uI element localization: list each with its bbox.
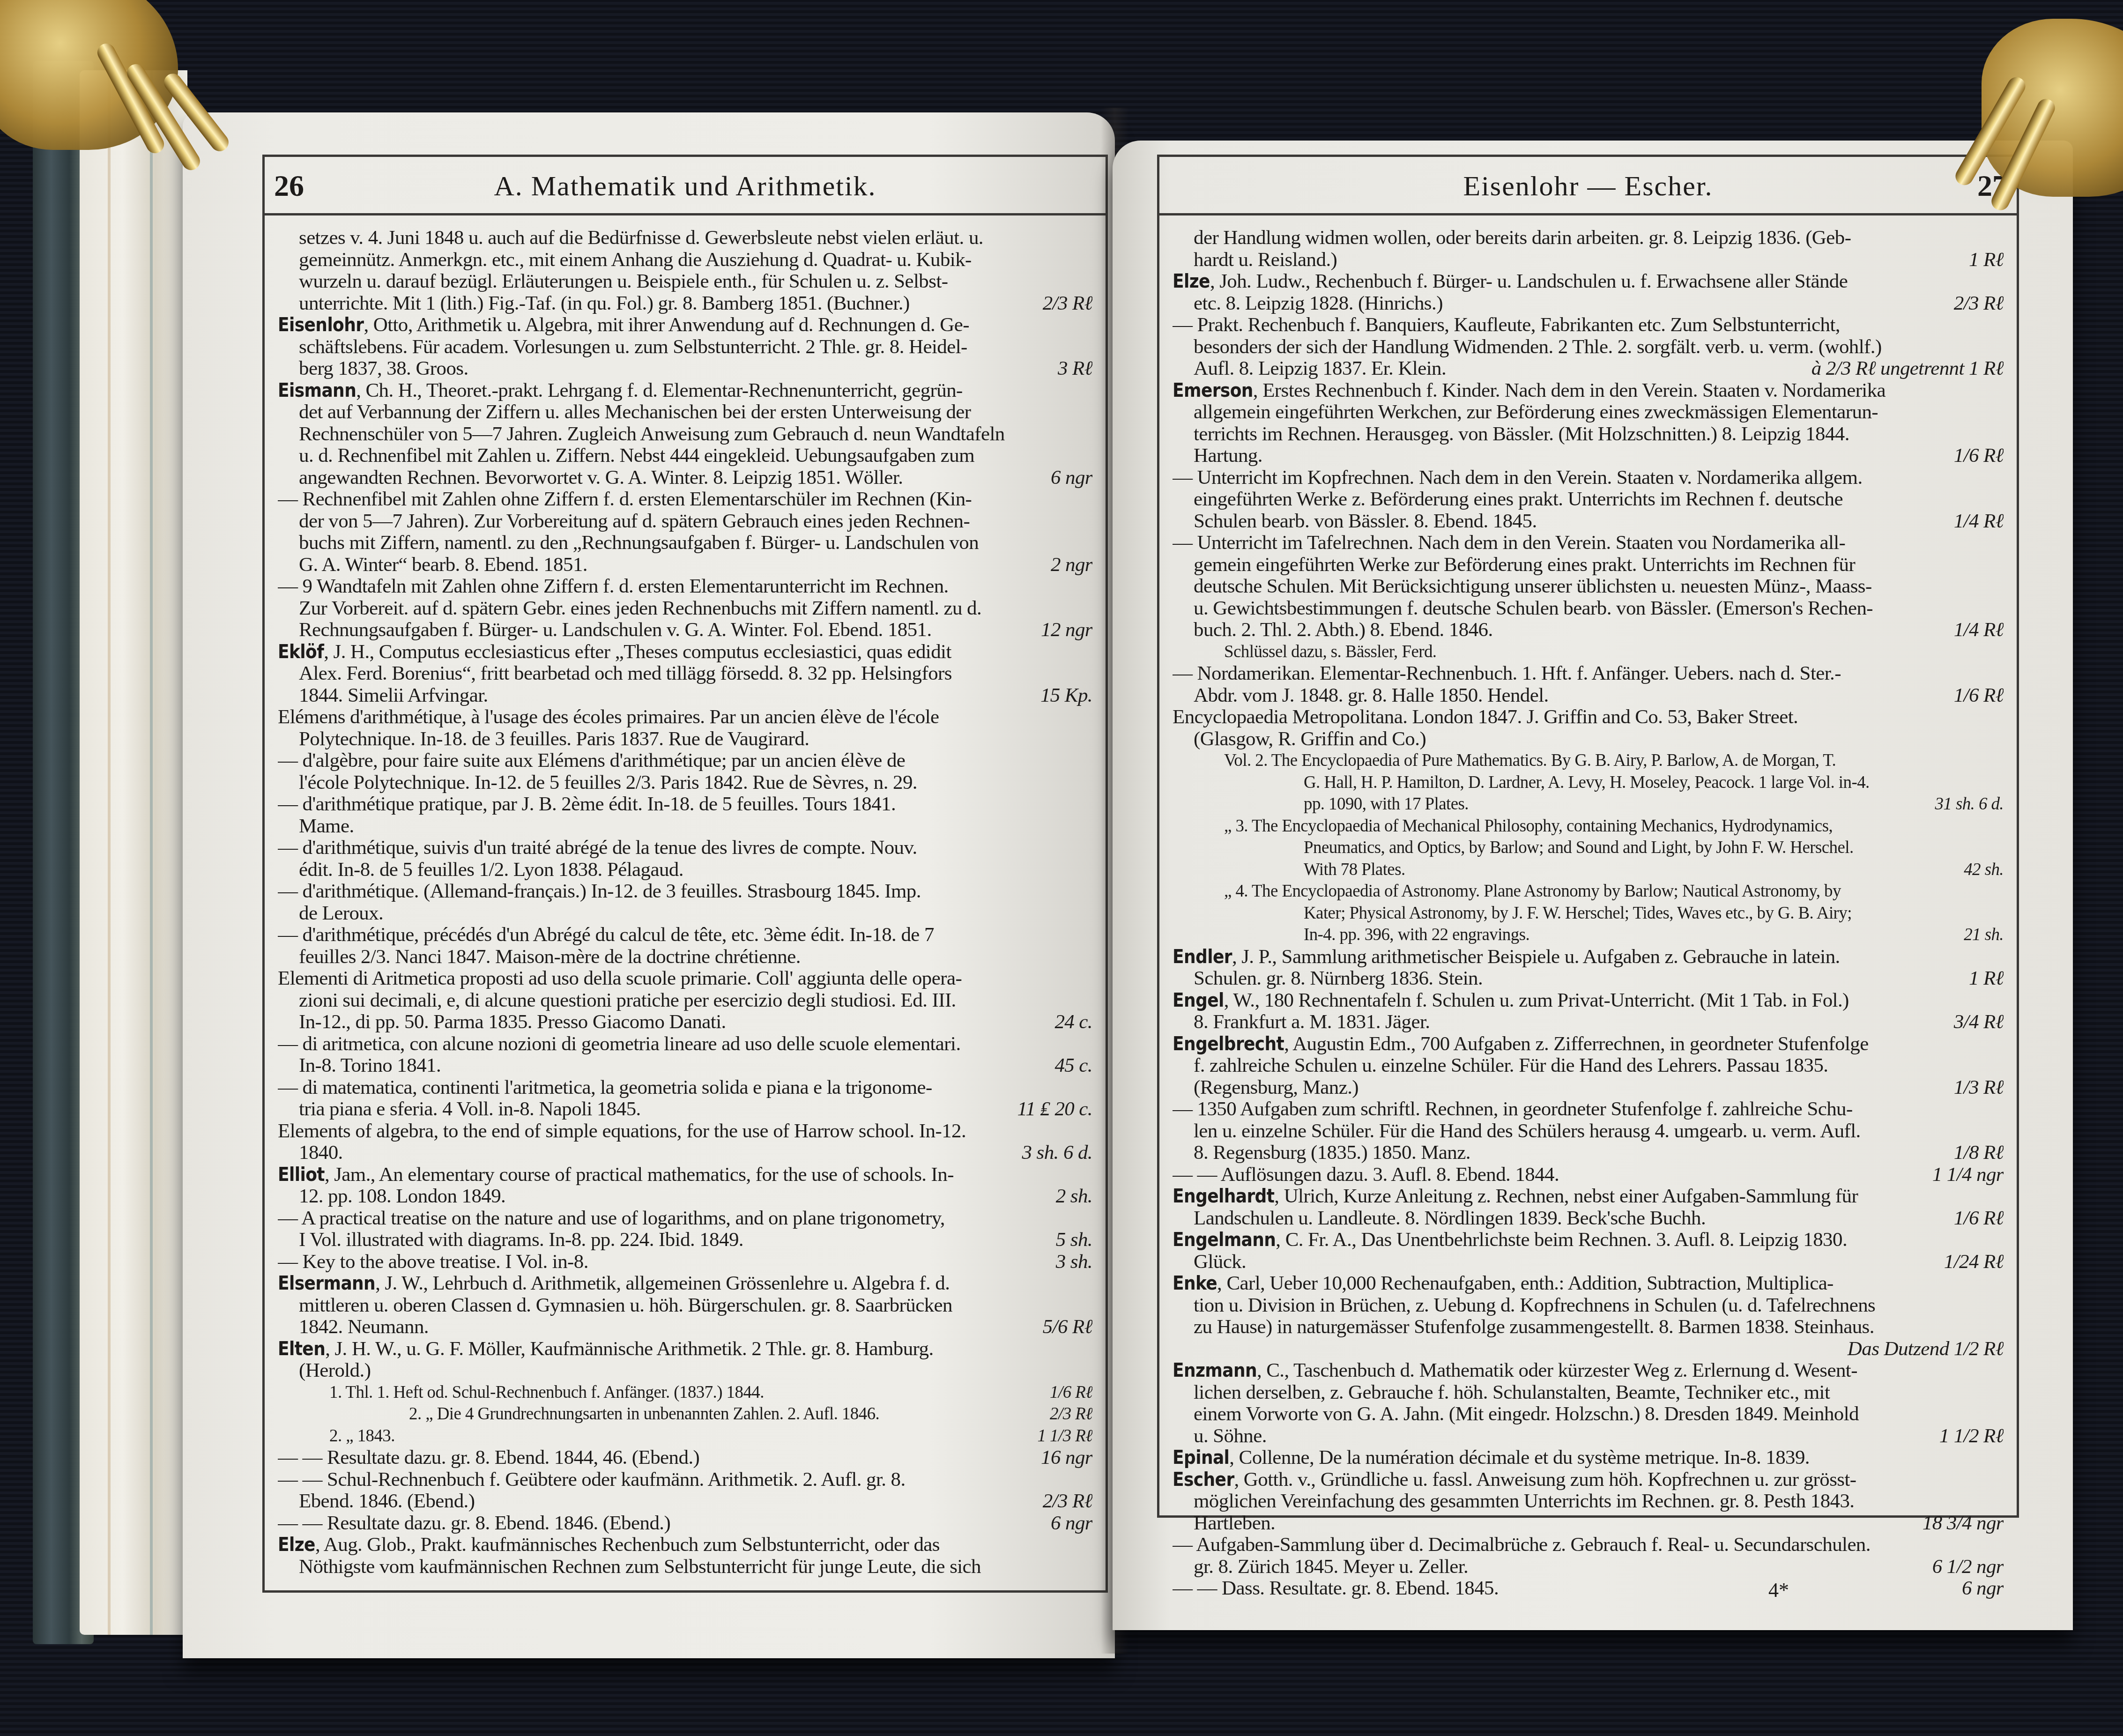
entry-text: — d'arithmétique, suivis d'un traité abr…: [278, 837, 917, 859]
entry-text: „ 4. The Encyclopaedia of Astronomy. Pla…: [1224, 881, 1841, 903]
entry-body-text: — — Schul-Rechnenbuch f. Geübtere oder k…: [278, 1469, 906, 1491]
price: 6 ngr: [1948, 1578, 2004, 1600]
entry-text: Eismann, Ch. H., Theoret.-prakt. Lehrgan…: [278, 380, 963, 402]
entry-text: möglichen Vereinfachung des gesammten Un…: [1194, 1491, 1855, 1513]
catalog-entry-line: — di aritmetica, con alcune nozioni di g…: [278, 1033, 1092, 1055]
entry-body-text: u. Söhne.: [1194, 1425, 1267, 1447]
catalog-entry-line: wurzeln u. darauf bezügl. Erläuterungen …: [278, 271, 1092, 293]
author-surname: Enke: [1173, 1273, 1217, 1294]
entry-text: — — Auflösungen dazu. 3. Aufl. 8. Ebend.…: [1173, 1164, 1559, 1186]
price: 1/6 Rℓ: [1940, 1208, 2004, 1230]
catalog-entry-line: Landschulen u. Landleute. 8. Nördlingen …: [1173, 1208, 2004, 1230]
entry-body-text: „ 4. The Encyclopaedia of Astronomy. Pla…: [1224, 882, 1841, 901]
price: Das Dutzend 1/2 Rℓ: [1833, 1338, 2004, 1360]
entry-text: Glück.: [1194, 1251, 1246, 1273]
catalog-entry-heading-line: Endler, J. P., Sammlung arithmetischer B…: [1173, 946, 2004, 968]
entry-body-text: In-12., di pp. 50. Parma 1835. Presso Gi…: [299, 1011, 726, 1033]
entry-text: 1840.: [299, 1142, 343, 1164]
entry-body-text: feuilles 2/3. Nanci 1847. Maison-mère de…: [299, 946, 801, 968]
entry-text: etc. 8. Leipzig 1828. (Hinrichs.): [1194, 293, 1443, 315]
entry-body-text: der von 5—7 Jahren). Zur Vorbereitung au…: [299, 511, 970, 532]
catalog-entry-heading-line: Elliot, Jam., An elementary course of pr…: [278, 1164, 1092, 1186]
price: 2/3 Rℓ: [1036, 1403, 1092, 1425]
catalog-entry-line: Elements of algebra, to the end of simpl…: [278, 1120, 1092, 1142]
entry-body-text: f. zahlreiche Schulen u. einzelne Schüle…: [1194, 1055, 1828, 1076]
right-page-body: der Handlung widmen wollen, oder bereits…: [1173, 227, 2004, 1600]
entry-body-text: Hartleben.: [1194, 1513, 1275, 1534]
entry-body-text: — d'arithmétique. (Allemand-français.) I…: [278, 881, 921, 902]
author-surname: Eklöf: [278, 641, 324, 663]
entry-body-text: G. A. Winter“ bearb. 8. Ebend. 1851.: [299, 554, 587, 576]
catalog-entry-heading-line: Enzmann, C., Taschenbuch d. Mathematik o…: [1173, 1360, 2004, 1382]
price: 3 sh.: [1042, 1251, 1092, 1273]
catalog-entry-line: G. Hall, H. P. Hamilton, D. Lardner, A. …: [1173, 772, 2004, 794]
entry-body-text: (Glasgow, R. Griffin and Co.): [1194, 728, 1426, 750]
catalog-entry-line: — — Resultate dazu. gr. 8. Ebend. 1846. …: [278, 1513, 1092, 1535]
entry-text: — — Resultate dazu. gr. 8. Ebend. 1844, …: [278, 1447, 699, 1469]
price: 1 1/3 Rℓ: [1024, 1425, 1093, 1447]
catalog-entry-line: Das Dutzend 1/2 Rℓ: [1173, 1338, 2004, 1360]
entry-text: Alex. Ferd. Borenius“, fritt bearbetad o…: [299, 663, 952, 685]
entry-body-text: — d'algèbre, pour faire suite aux Elémen…: [278, 750, 905, 772]
catalog-entry-line: u. Söhne.1 1/2 Rℓ: [1173, 1425, 2004, 1447]
catalog-entry-line: — A practical treatise on the nature and…: [278, 1208, 1092, 1230]
entry-text: (Glasgow, R. Griffin and Co.): [1194, 728, 1426, 750]
entry-body-text: mittleren u. oberen Classen d. Gymnasien…: [299, 1295, 952, 1316]
entry-text: de Leroux.: [299, 903, 383, 925]
catalog-entry-line: With 78 Plates.42 sh.: [1173, 859, 2004, 881]
entry-body-text: édit. In-8. de 5 feuilles 1/2. Lyon 1838…: [299, 859, 683, 881]
entry-body-text: angewandten Rechnen. Bevorwortet v. G. A…: [299, 467, 903, 489]
entry-text: allgemein eingeführten Werkchen, zur Bef…: [1194, 401, 1878, 423]
entry-text: Ebend. 1846. (Ebend.): [299, 1491, 475, 1513]
entry-text: — Aufgaben-Sammlung über d. Decimalbrüch…: [1173, 1534, 1871, 1556]
catalog-entry-line: Vol. 2. The Encyclopaedia of Pure Mathem…: [1173, 750, 2004, 772]
running-head-title: A. Mathematik und Arithmetik.: [265, 170, 1106, 202]
entry-text: berg 1837, 38. Groos.: [299, 358, 468, 380]
entry-text: Vol. 2. The Encyclopaedia of Pure Mathem…: [1224, 750, 1836, 772]
entry-body-text: , J. H., Computus ecclesiasticus efter „…: [324, 641, 951, 663]
entry-body-text: Encyclopaedia Metropolitana. London 1847…: [1173, 706, 1798, 728]
entry-body-text: , W., 180 Rechnentafeln f. Schulen u. zu…: [1224, 990, 1849, 1011]
entry-text: schäftslebens. Für academ. Vorlesungen u…: [299, 336, 967, 358]
entry-body-text: l'école Polytechnique. In-12. de 5 feuil…: [299, 772, 917, 794]
author-surname: Elliot: [278, 1164, 325, 1186]
entry-text: angewandten Rechnen. Bevorwortet v. G. A…: [299, 467, 903, 489]
catalog-entry-line: (Regensburg, Manz.)1/3 Rℓ: [1173, 1077, 2004, 1099]
entry-body-text: Mame.: [299, 816, 354, 837]
entry-text: tion u. Division in Brüchen, z. Uebung d…: [1194, 1295, 1875, 1317]
catalog-entry-line: besonders der sich der Handlung Widmende…: [1173, 336, 2004, 358]
author-surname: Elze: [278, 1534, 315, 1556]
catalog-entry-line: Rechnungsaufgaben f. Bürger- u. Landschu…: [278, 619, 1092, 641]
catalog-entry-line: Hartleben.18 3/4 ngr: [1173, 1513, 2004, 1535]
catalog-entry-line: der von 5—7 Jahren). Zur Vorbereitung au…: [278, 511, 1092, 533]
entry-text: 8. Regensburg (1835.) 1850. Manz.: [1194, 1142, 1470, 1164]
entry-text: Elémens d'arithmétique, à l'usage des éc…: [278, 706, 939, 728]
entry-body-text: Rechnenschüler von 5—7 Jahren. Zugleich …: [299, 423, 1005, 445]
entry-body-text: — d'arithmétique, suivis d'un traité abr…: [278, 837, 917, 859]
price: 1/6 Rℓ: [1036, 1382, 1092, 1404]
catalog-entry-line: lichen derselben, z. Gebrauche f. höh. S…: [1173, 1382, 2004, 1404]
price: 12 ngr: [1027, 619, 1092, 641]
entry-body-text: 8. Regensburg (1835.) 1850. Manz.: [1194, 1142, 1470, 1164]
entry-text: einem Vorworte von G. A. Jahn. (Mit eing…: [1194, 1403, 1859, 1425]
catalog-entry-line: Schulen bearb. von Bässler. 8. Ebend. 18…: [1173, 511, 2004, 533]
right-page: Eisenlohr — Escher. 27 der Handlung widm…: [1113, 141, 2073, 1630]
author-surname: Engelbrecht: [1173, 1033, 1284, 1055]
entry-text: lichen derselben, z. Gebrauche f. höh. S…: [1194, 1382, 1830, 1404]
entry-text: (Herold.): [299, 1360, 371, 1382]
price: 2/3 Rℓ: [1029, 293, 1092, 315]
catalog-entry-line: unterrichte. Mit 1 (lith.) Fig.-Taf. (in…: [278, 293, 1092, 315]
entry-body-text: — Aufgaben-Sammlung über d. Decimalbrüch…: [1173, 1534, 1871, 1556]
entry-body-text: , Otto, Arithmetik u. Algebra, mit ihrer…: [364, 314, 969, 336]
price: 1/4 Rℓ: [1940, 511, 2004, 533]
entry-text: — A practical treatise on the nature and…: [278, 1208, 945, 1230]
entry-body-text: Kater; Physical Astronomy, by J. F. W. H…: [1304, 904, 1852, 923]
entry-body-text: len u. einzelne Schüler. Für die Hand de…: [1194, 1120, 1861, 1142]
entry-body-text: einem Vorworte von G. A. Jahn. (Mit eing…: [1194, 1403, 1859, 1425]
price: 1/24 Rℓ: [1930, 1251, 2004, 1273]
entry-text: — Unterricht im Tafelrechnen. Nach dem i…: [1173, 532, 1845, 554]
catalog-entry-heading-line: Emerson, Erstes Rechnenbuch f. Kinder. N…: [1173, 380, 2004, 402]
entry-text: Elementi di Aritmetica proposti ad uso d…: [278, 968, 962, 990]
entry-text: Rechnungsaufgaben f. Bürger- u. Landschu…: [299, 619, 932, 641]
price: 45 c.: [1040, 1055, 1092, 1077]
entry-body-text: — di matematica, continenti l'aritmetica…: [278, 1077, 932, 1098]
entry-text: mittleren u. oberen Classen d. Gymnasien…: [299, 1295, 952, 1317]
catalog-entry-line: 12. pp. 108. London 1849.2 sh.: [278, 1186, 1092, 1208]
entry-body-text: Elémens d'arithmétique, à l'usage des éc…: [278, 706, 939, 728]
entry-body-text: zu Hause) in naturgemässer Stufenfolge z…: [1194, 1316, 1874, 1338]
entry-body-text: 12. pp. 108. London 1849.: [299, 1186, 505, 1207]
entry-body-text: berg 1837, 38. Groos.: [299, 358, 468, 379]
author-surname: Engelmann: [1173, 1229, 1276, 1251]
entry-text: u. Söhne.: [1194, 1425, 1267, 1447]
catalog-entry-line: — Key to the above treatise. I Vol. in-8…: [278, 1251, 1092, 1273]
entry-text: buchs mit Ziffern, namentl. zu den „Rech…: [299, 532, 979, 554]
catalog-entry-line: berg 1837, 38. Groos.3 Rℓ: [278, 358, 1092, 380]
entry-text: Eisenlohr, Otto, Arithmetik u. Algebra, …: [278, 314, 969, 336]
entry-body-text: deutsche Schulen. Mit Berücksichtigung u…: [1194, 576, 1872, 597]
entry-text: gemein eingeführten Werke zur Beförderun…: [1194, 554, 1855, 576]
entry-body-text: det auf Verbannung der Ziffern u. alles …: [299, 401, 971, 423]
catalog-entry-line: — 9 Wandtafeln mit Zahlen ohne Ziffern f…: [278, 576, 1092, 598]
price: à 2/3 Rℓ ungetrennt 1 Rℓ: [1797, 358, 2004, 380]
entry-text: Escher, Gotth. v., Gründliche u. fassl. …: [1173, 1469, 1856, 1491]
entry-body-text: 1844. Simelii Arfvingar.: [299, 685, 488, 706]
entry-text: — Key to the above treatise. I Vol. in-8…: [278, 1251, 588, 1273]
entry-body-text: eingeführten Werke z. Beförderung eines …: [1194, 489, 1843, 510]
right-running-head: Eisenlohr — Escher. 27: [1159, 157, 2017, 215]
entry-text: Elten, J. H. W., u. G. F. Möller, Kaufmä…: [278, 1338, 934, 1360]
price: 11 ₤ 20 c.: [1003, 1098, 1092, 1120]
author-surname: Emerson: [1173, 380, 1253, 401]
catalog-entry-line: (Herold.): [278, 1360, 1092, 1382]
entry-body-text: Hartung.: [1194, 445, 1262, 467]
entry-body-text: 2. „ 1843.: [329, 1426, 395, 1446]
catalog-entry-line: angewandten Rechnen. Bevorwortet v. G. A…: [278, 467, 1092, 489]
entry-text: With 78 Plates.: [1304, 859, 1405, 881]
author-surname: Elten: [278, 1338, 325, 1360]
entry-text: det auf Verbannung der Ziffern u. alles …: [299, 401, 971, 423]
catalog-entry-line: eingeführten Werke z. Beförderung eines …: [1173, 489, 2004, 511]
entry-body-text: besonders der sich der Handlung Widmende…: [1194, 336, 1882, 358]
entry-text: Engelbrecht, Augustin Edm., 700 Aufgaben…: [1173, 1033, 1869, 1055]
catalog-entry-line: „ 3. The Encyclopaedia of Mechanical Phi…: [1173, 816, 2004, 838]
entry-body-text: , Ch. H., Theoret.-prakt. Lehrgang f. d.…: [356, 380, 963, 401]
catalog-entry-line: feuilles 2/3. Nanci 1847. Maison-mère de…: [278, 946, 1092, 968]
entry-text: — d'arithmétique. (Allemand-français.) I…: [278, 881, 921, 903]
entry-body-text: Elementi di Aritmetica proposti ad uso d…: [278, 968, 962, 989]
entry-body-text: Aufl. 8. Leipzig 1837. Er. Klein.: [1194, 358, 1446, 379]
author-surname: Escher: [1173, 1469, 1234, 1491]
catalog-entry-line: l'école Polytechnique. In-12. de 5 feuil…: [278, 772, 1092, 794]
price: 1 Rℓ: [1955, 968, 2004, 990]
entry-body-text: (Herold.): [299, 1360, 371, 1381]
entry-text: — — Dass. Resultate. gr. 8. Ebend. 1845.: [1173, 1578, 1499, 1600]
entry-text: besonders der sich der Handlung Widmende…: [1194, 336, 1882, 358]
entry-text: f. zahlreiche Schulen u. einzelne Schüle…: [1194, 1055, 1828, 1077]
entry-body-text: lichen derselben, z. Gebrauche f. höh. S…: [1194, 1382, 1830, 1403]
running-head-title: Eisenlohr — Escher.: [1159, 170, 2017, 202]
entry-body-text: wurzeln u. darauf bezügl. Erläuterungen …: [299, 271, 948, 292]
entry-body-text: , Erstes Rechnenbuch f. Kinder. Nach dem…: [1253, 380, 1885, 401]
entry-body-text: Glück.: [1194, 1251, 1246, 1273]
entry-body-text: — — Resultate dazu. gr. 8. Ebend. 1846. …: [278, 1513, 670, 1534]
entry-body-text: Vol. 2. The Encyclopaedia of Pure Mathem…: [1224, 751, 1836, 770]
catalog-entry-line: Aufl. 8. Leipzig 1837. Er. Klein.à 2/3 R…: [1173, 358, 2004, 380]
entry-body-text: In-8. Torino 1841.: [299, 1055, 441, 1076]
entry-text: Rechnenschüler von 5—7 Jahren. Zugleich …: [299, 423, 1005, 445]
catalog-entry-line: zioni sui decimali, e, di alcune questio…: [278, 990, 1092, 1012]
entry-text: Landschulen u. Landleute. 8. Nördlingen …: [1194, 1208, 1706, 1230]
catalog-entry-line: — d'algèbre, pour faire suite aux Elémen…: [278, 750, 1092, 772]
entry-text: Schulen bearb. von Bässler. 8. Ebend. 18…: [1194, 511, 1537, 533]
catalog-entry-line: Pneumatics, and Optics, by Barlow; and S…: [1173, 837, 2004, 859]
catalog-entry-line: Elementi di Aritmetica proposti ad uso d…: [278, 968, 1092, 990]
entry-text: eingeführten Werke z. Beförderung eines …: [1194, 489, 1843, 511]
entry-body-text: With 78 Plates.: [1304, 860, 1405, 879]
author-surname: Epinal: [1173, 1447, 1229, 1469]
entry-body-text: — — Dass. Resultate. gr. 8. Ebend. 1845.: [1173, 1578, 1499, 1599]
catalog-entry-line: Elémens d'arithmétique, à l'usage des éc…: [278, 706, 1092, 728]
page-stack: [80, 70, 187, 1635]
price: 1/4 Rℓ: [1940, 619, 2004, 641]
entry-text: — — Resultate dazu. gr. 8. Ebend. 1846. …: [278, 1513, 670, 1535]
entry-body-text: , Ulrich, Kurze Anleitung z. Rechnen, ne…: [1274, 1186, 1858, 1207]
catalog-entry-line: — d'arithmétique, suivis d'un traité abr…: [278, 837, 1092, 859]
catalog-entry-line: 8. Regensburg (1835.) 1850. Manz.1/8 Rℓ: [1173, 1142, 2004, 1164]
page-stack-line: [150, 70, 153, 1635]
entry-body-text: , Collenne, De la numération décimale et…: [1229, 1447, 1810, 1469]
catalog-entry-line: In-12., di pp. 50. Parma 1835. Presso Gi…: [278, 1011, 1092, 1033]
left-page-frame: 26 A. Mathematik und Arithmetik. setzes …: [262, 155, 1108, 1593]
entry-text: Hartleben.: [1194, 1513, 1275, 1535]
price: 31 sh. 6 d.: [1921, 794, 2004, 816]
entry-body-text: — 9 Wandtafeln mit Zahlen ohne Ziffern f…: [278, 576, 949, 597]
entry-body-text: der Handlung widmen wollen, oder bereits…: [1194, 227, 1851, 249]
catalog-entry-line: „ 4. The Encyclopaedia of Astronomy. Pla…: [1173, 881, 2004, 903]
catalog-entry-line: tria piana e sferia. 4 Voll. in-8. Napol…: [278, 1098, 1092, 1120]
entry-body-text: Schulen bearb. von Bässler. 8. Ebend. 18…: [1194, 511, 1537, 532]
entry-body-text: „ 3. The Encyclopaedia of Mechanical Phi…: [1224, 816, 1833, 836]
catalog-entry-line: Kater; Physical Astronomy, by J. F. W. H…: [1173, 903, 2004, 925]
catalog-entry-heading-line: Engelmann, C. Fr. A., Das Unentbehrlichs…: [1173, 1229, 2004, 1251]
catalog-entry-heading-line: Escher, Gotth. v., Gründliche u. fassl. …: [1173, 1469, 2004, 1491]
entry-text: der von 5—7 Jahren). Zur Vorbereitung au…: [299, 511, 970, 533]
entry-body-text: gemeinnütz. Anmerkgn. etc., mit einem An…: [299, 249, 972, 271]
price: 1/8 Rℓ: [1940, 1142, 2004, 1164]
entry-body-text: — Rechnenfibel mit Zahlen ohne Ziffern f…: [278, 489, 972, 510]
catalog-entry-line: Ebend. 1846. (Ebend.)2/3 Rℓ: [278, 1491, 1092, 1513]
entry-body-text: u. d. Rechnenfibel mit Zahlen u. Ziffern…: [299, 445, 974, 467]
entry-text: zu Hause) in naturgemässer Stufenfolge z…: [1194, 1316, 1874, 1338]
entry-text: Elements of algebra, to the end of simpl…: [278, 1120, 966, 1142]
catalog-entry-line: buchs mit Ziffern, namentl. zu den „Rech…: [278, 532, 1092, 554]
price: 3/4 Rℓ: [1940, 1011, 2004, 1033]
price: 1/6 Rℓ: [1940, 685, 2004, 707]
entry-text: — Rechnenfibel mit Zahlen ohne Ziffern f…: [278, 489, 972, 511]
entry-text: — d'arithmétique, précédés d'un Abrégé d…: [278, 924, 934, 946]
catalog-entry-heading-line: Eklöf, J. H., Computus ecclesiasticus ef…: [278, 641, 1092, 663]
catalog-entry-heading-line: Eismann, Ch. H., Theoret.-prakt. Lehrgan…: [278, 380, 1092, 402]
catalog-entry-line: 2. „ 1843.1 1/3 Rℓ: [278, 1425, 1092, 1447]
entry-body-text: gemein eingeführten Werke zur Beförderun…: [1194, 554, 1855, 576]
entry-body-text: unterrichte. Mit 1 (lith.) Fig.-Taf. (in…: [299, 293, 910, 314]
entry-text: deutsche Schulen. Mit Berücksichtigung u…: [1194, 576, 1872, 598]
catalog-entry-line: Mame.: [278, 816, 1092, 838]
entry-text: Elze, Joh. Ludw., Rechenbuch f. Bürger- …: [1173, 271, 1848, 293]
entry-text: édit. In-8. de 5 feuilles 1/2. Lyon 1838…: [299, 859, 683, 881]
entry-body-text: — A practical treatise on the nature and…: [278, 1208, 945, 1229]
catalog-entry-line: Encyclopaedia Metropolitana. London 1847…: [1173, 706, 2004, 728]
catalog-entry-line: buch. 2. Thl. 2. Abth.) 8. Ebend. 1846.1…: [1173, 619, 2004, 641]
entry-body-text: tion u. Division in Brüchen, z. Uebung d…: [1194, 1295, 1875, 1316]
catalog-entry-line: 8. Frankfurt a. M. 1831. Jäger.3/4 Rℓ: [1173, 1011, 2004, 1033]
catalog-entry-line: Schulen. gr. 8. Nürnberg 1836. Stein.1 R…: [1173, 968, 2004, 990]
entry-text: Endler, J. P., Sammlung arithmetischer B…: [1173, 946, 1840, 968]
catalog-entry-heading-line: Elten, J. H. W., u. G. F. Möller, Kaufmä…: [278, 1338, 1092, 1360]
catalog-entry-line: — — Schul-Rechnenbuch f. Geübtere oder k…: [278, 1469, 1092, 1491]
catalog-entry-heading-line: Enke, Carl, Ueber 10,000 Rechenaufgaben,…: [1173, 1273, 2004, 1295]
catalog-entry-line: édit. In-8. de 5 feuilles 1/2. Lyon 1838…: [278, 859, 1092, 881]
catalog-entry-line: mittleren u. oberen Classen d. Gymnasien…: [278, 1295, 1092, 1317]
author-surname: Engelhardt: [1173, 1186, 1274, 1207]
entry-body-text: Ebend. 1846. (Ebend.): [299, 1491, 475, 1512]
entry-text: Nöthigste vom kaufmännischen Rechnen zum…: [299, 1556, 981, 1578]
catalog-entry-line: — Rechnenfibel mit Zahlen ohne Ziffern f…: [278, 489, 1092, 511]
entry-body-text: Polytechnique. In-18. de 3 feuilles. Par…: [299, 728, 809, 750]
catalog-entry-line: — — Dass. Resultate. gr. 8. Ebend. 1845.…: [1173, 1578, 2004, 1600]
catalog-entry-line: möglichen Vereinfachung des gesammten Un…: [1173, 1491, 2004, 1513]
entry-body-text: pp. 1090, with 17 Plates.: [1304, 794, 1469, 814]
entry-body-text: — — Auflösungen dazu. 3. Aufl. 8. Ebend.…: [1173, 1164, 1559, 1186]
entry-body-text: 2. „ Die 4 Grundrechnungsarten in unbena…: [409, 1404, 879, 1424]
price: 21 sh.: [1950, 924, 2004, 946]
entry-body-text: Alex. Ferd. Borenius“, fritt bearbetad o…: [299, 663, 952, 684]
entry-body-text: , Gotth. v., Gründliche u. fassl. Anweis…: [1234, 1469, 1856, 1491]
catalog-entry-heading-line: Eisenlohr, Otto, Arithmetik u. Algebra, …: [278, 314, 1092, 336]
catalog-entry-line: hardt u. Reisland.)1 Rℓ: [1173, 249, 2004, 271]
entry-text: Abdr. vom J. 1848. gr. 8. Halle 1850. He…: [1194, 685, 1549, 707]
entry-text: Kater; Physical Astronomy, by J. F. W. H…: [1304, 903, 1852, 925]
price: 15 Kp.: [1026, 685, 1092, 707]
entry-text: Engelmann, C. Fr. A., Das Unentbehrlichs…: [1173, 1229, 1847, 1251]
entry-text: 8. Frankfurt a. M. 1831. Jäger.: [1194, 1011, 1430, 1033]
entry-body-text: , Aug. Glob., Prakt. kaufmännisches Rech…: [315, 1534, 940, 1556]
catalog-entry-line: (Glasgow, R. Griffin and Co.): [1173, 728, 2004, 750]
catalog-entry-line: — d'arithmétique, précédés d'un Abrégé d…: [278, 924, 1092, 946]
catalog-entry-line: schäftslebens. Für academ. Vorlesungen u…: [278, 336, 1092, 358]
catalog-entry-line: — Unterricht im Tafelrechnen. Nach dem i…: [1173, 532, 2004, 554]
entry-text: Eklöf, J. H., Computus ecclesiasticus ef…: [278, 641, 951, 663]
catalog-entry-line: einem Vorworte von G. A. Jahn. (Mit eing…: [1173, 1403, 2004, 1425]
entry-text: feuilles 2/3. Nanci 1847. Maison-mère de…: [299, 946, 801, 968]
entry-text: Aufl. 8. Leipzig 1837. Er. Klein.: [1194, 358, 1446, 380]
price: 3 sh. 6 d.: [1008, 1142, 1092, 1164]
price: 2/3 Rℓ: [1029, 1491, 1092, 1513]
entry-text: pp. 1090, with 17 Plates.: [1304, 794, 1469, 816]
catalog-entry-line: — Nordamerikan. Elementar-Rechnenbuch. 1…: [1173, 663, 2004, 685]
entry-body-text: — — Resultate dazu. gr. 8. Ebend. 1844, …: [278, 1447, 699, 1469]
entry-text: G. A. Winter“ bearb. 8. Ebend. 1851.: [299, 554, 587, 576]
price: 2 ngr: [1037, 554, 1092, 576]
catalog-entry-line: tion u. Division in Brüchen, z. Uebung d…: [1173, 1295, 2004, 1317]
entry-text: gr. 8. Zürich 1845. Meyer u. Zeller.: [1194, 1556, 1468, 1578]
entry-text: Elsermann, J. W., Lehrbuch d. Arithmetik…: [278, 1273, 950, 1295]
author-surname: Enzmann: [1173, 1360, 1257, 1381]
entry-text: — Prakt. Rechenbuch f. Banquiers, Kaufle…: [1173, 314, 1840, 336]
entry-body-text: gr. 8. Zürich 1845. Meyer u. Zeller.: [1194, 1556, 1468, 1578]
catalog-entry-line: Polytechnique. In-18. de 3 feuilles. Par…: [278, 728, 1092, 750]
catalog-entry-line: 1844. Simelii Arfvingar.15 Kp.: [278, 685, 1092, 707]
entry-text: buch. 2. Thl. 2. Abth.) 8. Ebend. 1846.: [1194, 619, 1493, 641]
entry-body-text: buch. 2. Thl. 2. Abth.) 8. Ebend. 1846.: [1194, 619, 1493, 641]
catalog-entry-line: Nöthigste vom kaufmännischen Rechnen zum…: [278, 1556, 1092, 1578]
entry-text: unterrichte. Mit 1 (lith.) Fig.-Taf. (in…: [299, 293, 910, 315]
catalog-entry-line: — — Auflösungen dazu. 3. Aufl. 8. Ebend.…: [1173, 1164, 2004, 1186]
catalog-entry-line: u. d. Rechnenfibel mit Zahlen u. Ziffern…: [278, 445, 1092, 467]
entry-body-text: hardt u. Reisland.): [1194, 249, 1337, 271]
left-page-body: setzes v. 4. Juni 1848 u. auch auf die B…: [278, 227, 1092, 1578]
catalog-entry-heading-line: Epinal, Collenne, De la numération décim…: [1173, 1447, 2004, 1469]
entry-body-text: Rechnungsaufgaben f. Bürger- u. Landschu…: [299, 619, 932, 641]
catalog-entry-line: — Unterricht im Kopfrechnen. Nach dem in…: [1173, 467, 2004, 489]
entry-body-text: , J. H. W., u. G. F. Möller, Kaufmännisc…: [325, 1338, 933, 1360]
signature-mark: 4*: [1768, 1578, 1789, 1602]
entry-text: — — Schul-Rechnenbuch f. Geübtere oder k…: [278, 1469, 906, 1491]
entry-body-text: I Vol. illustrated with diagrams. In-8. …: [299, 1229, 743, 1251]
entry-text: — d'arithmétique pratique, par J. B. 2èm…: [278, 794, 896, 816]
author-surname: Eisenlohr: [278, 314, 364, 336]
entry-body-text: möglichen Vereinfachung des gesammten Un…: [1194, 1491, 1855, 1512]
entry-text: Encyclopaedia Metropolitana. London 1847…: [1173, 706, 1798, 728]
entry-text: l'école Polytechnique. In-12. de 5 feuil…: [299, 772, 917, 794]
entry-body-text: Zur Vorbereit. auf d. spätern Gebr. eine…: [299, 598, 981, 619]
catalog-entry-line: I Vol. illustrated with diagrams. In-8. …: [278, 1229, 1092, 1251]
catalog-entry-line: gemein eingeführten Werke zur Beförderun…: [1173, 554, 2004, 576]
entry-text: Pneumatics, and Optics, by Barlow; and S…: [1304, 837, 1854, 859]
entry-text: Emerson, Erstes Rechnenbuch f. Kinder. N…: [1173, 380, 1885, 402]
price: 24 c.: [1040, 1011, 1092, 1033]
catalog-entry-line: 2. „ Die 4 Grundrechnungsarten in unbena…: [278, 1403, 1092, 1425]
catalog-entry-line: — di matematica, continenti l'aritmetica…: [278, 1077, 1092, 1099]
entry-body-text: — Key to the above treatise. I Vol. in-8…: [278, 1251, 588, 1273]
catalog-entry-line: — d'arithmétique. (Allemand-français.) I…: [278, 881, 1092, 903]
catalog-entry-line: zu Hause) in naturgemässer Stufenfolge z…: [1173, 1316, 2004, 1338]
